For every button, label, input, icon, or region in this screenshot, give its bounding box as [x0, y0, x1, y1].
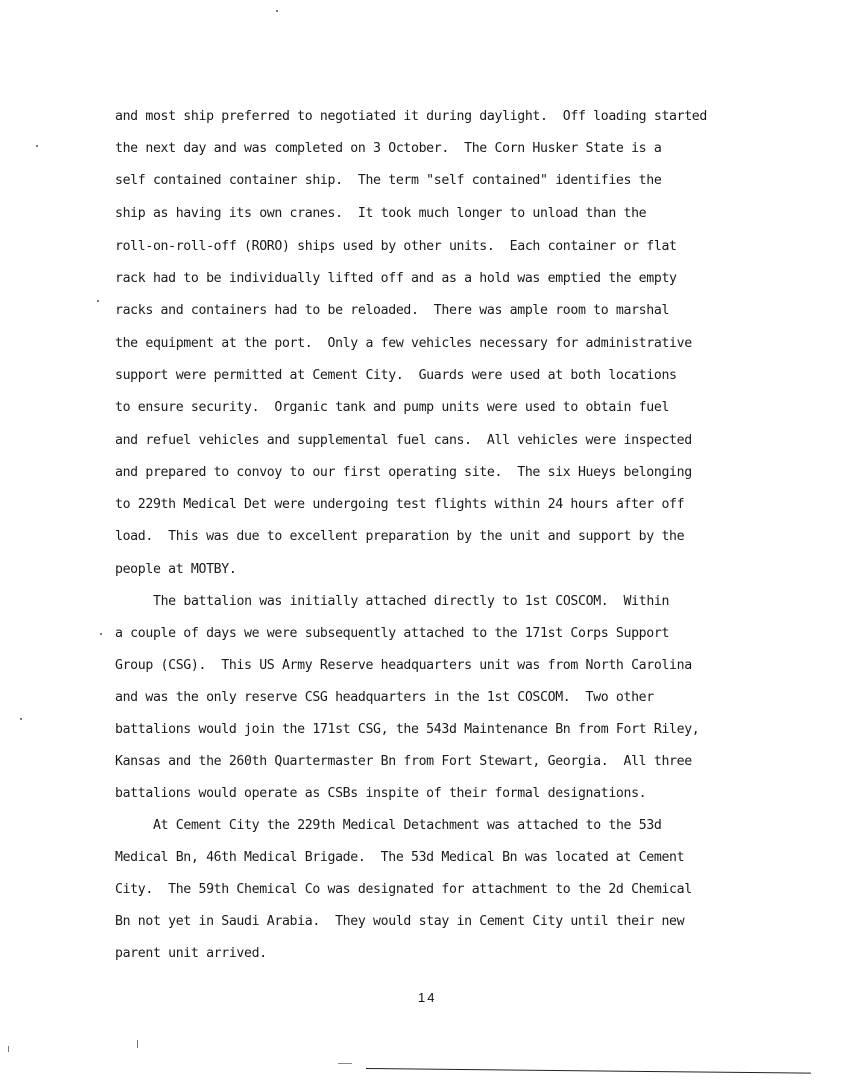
scan-artifact-line [338, 1063, 352, 1064]
text-line: support were permitted at Cement City. G… [115, 367, 677, 385]
text-line: battalions would operate as CSBs inspite… [115, 785, 646, 803]
scan-speck [8, 1046, 9, 1052]
paragraph-start-line: At Cement City the 229th Medical Detachm… [153, 817, 662, 835]
text-line: people at MOTBY. [115, 561, 236, 579]
scan-speck [97, 300, 99, 302]
text-line: load. This was due to excellent preparat… [115, 528, 684, 546]
text-line: Bn not yet in Saudi Arabia. They would s… [115, 913, 684, 931]
scan-speck [20, 718, 22, 720]
text-line: and prepared to convoy to our first oper… [115, 464, 692, 482]
text-line: racks and containers had to be reloaded.… [115, 302, 669, 320]
page-number: 14 [418, 990, 436, 1005]
text-line: City. The 59th Chemical Co was designate… [115, 881, 692, 899]
scan-artifact-line [366, 1068, 811, 1074]
document-page: and most ship preferred to negotiated it… [0, 0, 850, 1082]
text-line: and most ship preferred to negotiated it… [115, 108, 707, 126]
scan-speck [36, 145, 38, 147]
text-line: Medical Bn, 46th Medical Brigade. The 53… [115, 849, 684, 867]
scan-speck [276, 10, 278, 12]
text-line: the next day and was completed on 3 Octo… [115, 140, 661, 158]
text-line: roll-on-roll-off (RORO) ships used by ot… [115, 238, 677, 256]
text-line: to 229th Medical Det were undergoing tes… [115, 496, 684, 514]
text-line: Group (CSG). This US Army Reserve headqu… [115, 657, 692, 675]
text-line: a couple of days we were subsequently at… [115, 625, 669, 643]
paragraph-start-line: The battalion was initially attached dir… [153, 593, 669, 611]
text-line: battalions would join the 171st CSG, the… [115, 721, 699, 739]
scan-speck [137, 1040, 138, 1048]
text-line: Kansas and the 260th Quartermaster Bn fr… [115, 753, 692, 771]
text-line: the equipment at the port. Only a few ve… [115, 335, 692, 353]
text-line: and refuel vehicles and supplemental fue… [115, 432, 692, 450]
text-line: ship as having its own cranes. It took m… [115, 205, 646, 223]
text-line: self contained container ship. The term … [115, 172, 661, 190]
text-line: rack had to be individually lifted off a… [115, 270, 677, 288]
text-line: to ensure security. Organic tank and pum… [115, 399, 669, 417]
text-line: and was the only reserve CSG headquarter… [115, 689, 654, 707]
text-line: parent unit arrived. [115, 945, 267, 963]
scan-speck [100, 633, 102, 635]
